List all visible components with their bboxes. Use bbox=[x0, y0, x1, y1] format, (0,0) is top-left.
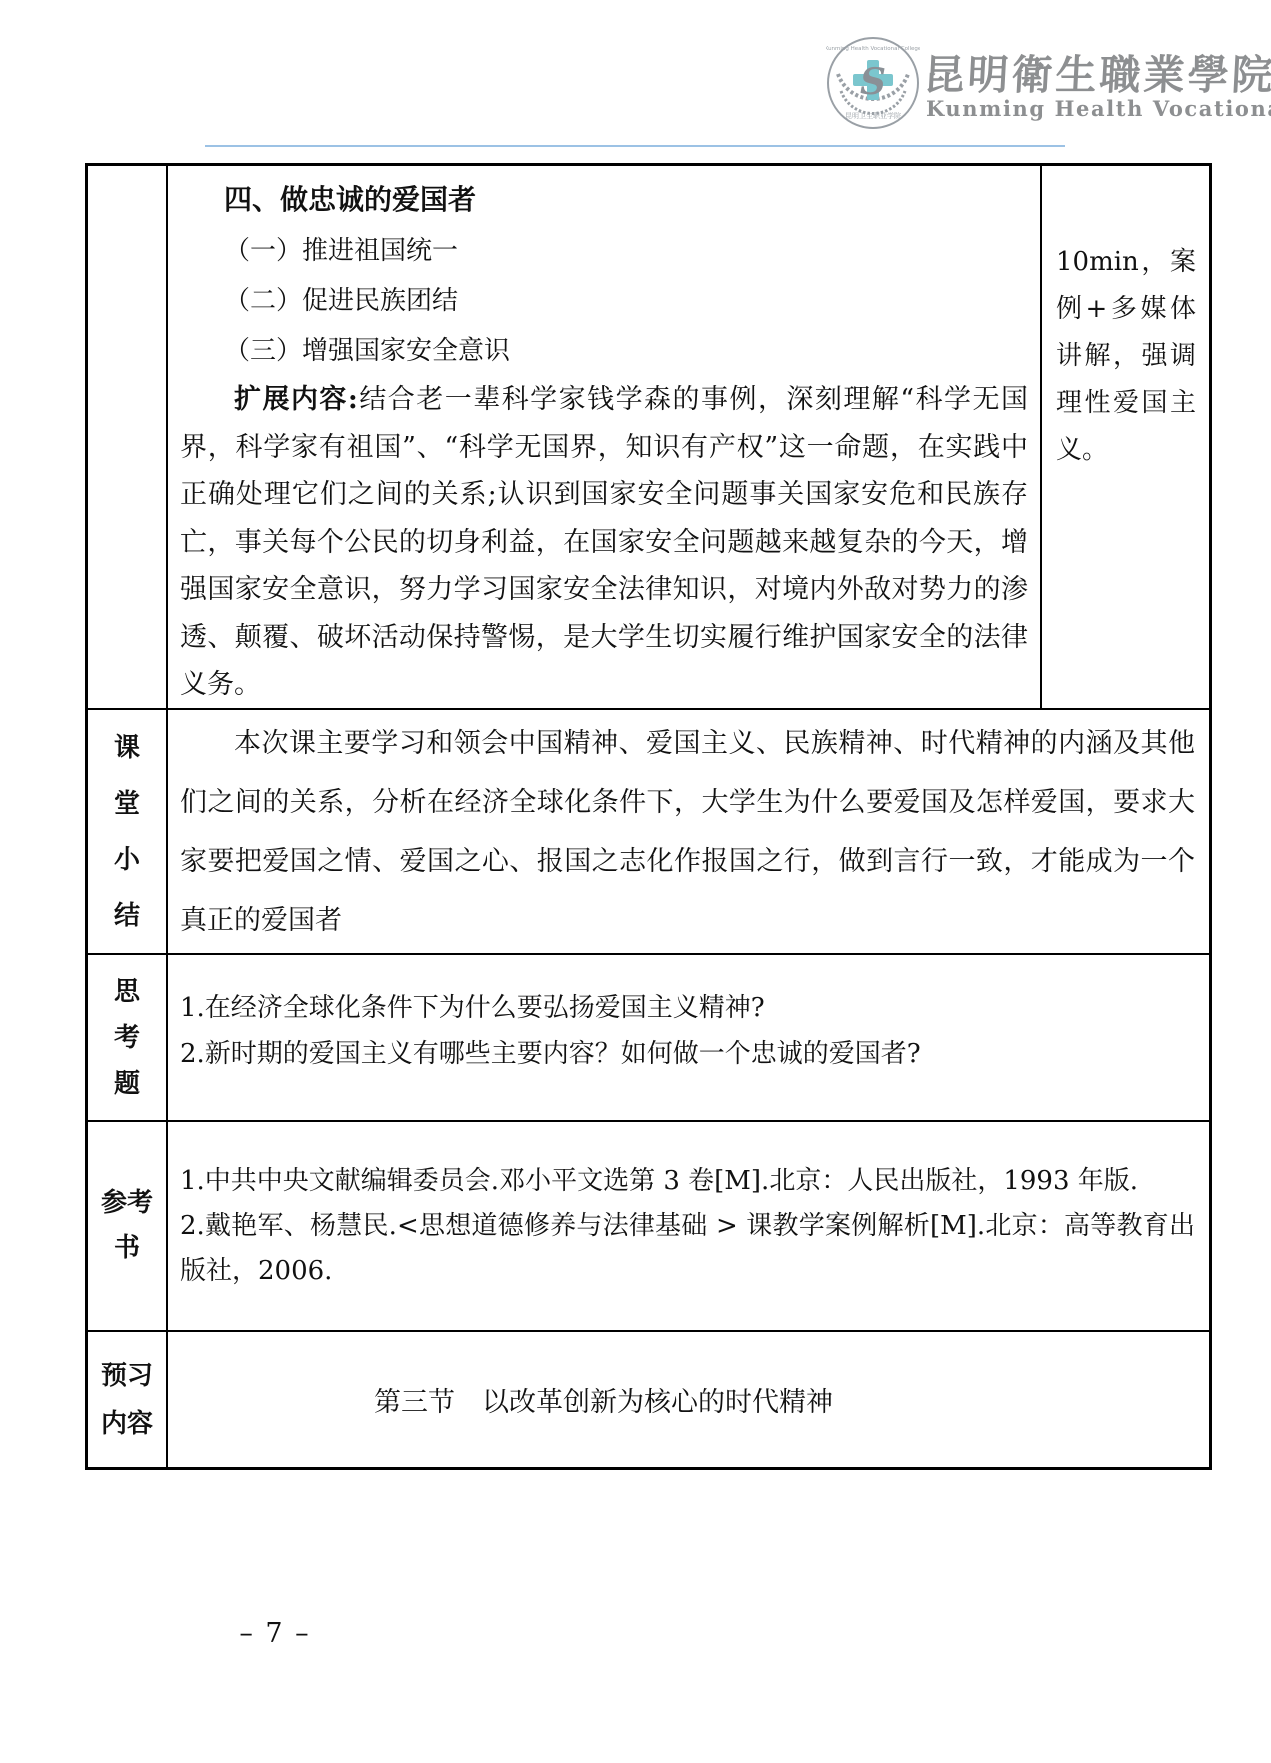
row-header-class-summary: 课堂小结 bbox=[88, 710, 168, 953]
references-cell: 1.中共中央文献编辑委员会.邓小平文选第 3 卷[M].北京：人民出版社，199… bbox=[168, 1122, 1209, 1330]
header-divider-line bbox=[205, 145, 1065, 147]
table-row-questions: 思考题 1.在经济全球化条件下为什么要弘扬爱国主义精神?2.新时期的爱国主义有哪… bbox=[88, 955, 1209, 1122]
text-line: 1.中共中央文献编辑委员会.邓小平文选第 3 卷[M].北京：人民出版社，199… bbox=[180, 1159, 1195, 1204]
preview-text: 第三节 以改革创新为核心的时代精神 bbox=[374, 1380, 833, 1419]
expanded-content-label: 扩展内容: bbox=[234, 384, 358, 415]
row-header-questions: 思考题 bbox=[88, 955, 168, 1120]
time-method-note-cell: 10min，案例+多媒体讲解，强调理性爱国主义。 bbox=[1042, 166, 1209, 708]
text-line: 预习 bbox=[101, 1352, 153, 1400]
document-page: S 昆明卫生职业学院 Kunming Health Vocational Col… bbox=[0, 0, 1271, 1763]
row-header-empty bbox=[88, 166, 168, 708]
text-line: 2.戴艳军、杨慧民.<思想道德修养与法律基础 > 课教学案例解析[M].北京：高… bbox=[180, 1204, 1195, 1294]
section-heading: 四、做忠诚的爱国者 bbox=[180, 174, 1028, 226]
text-line: 内容 bbox=[101, 1400, 153, 1448]
text-line: 考 bbox=[114, 1015, 140, 1061]
college-seal-icon: S 昆明卫生职业学院 Kunming Health Vocational Col… bbox=[826, 36, 920, 130]
text-line: 思 bbox=[114, 969, 140, 1015]
text-line: （二）促进民族团结 bbox=[180, 276, 1028, 326]
lesson-plan-table: 四、做忠诚的爱国者 （一）推进祖国统一（二）促进民族团结（三）增强国家安全意识 … bbox=[85, 163, 1212, 1470]
text-line: 参考 bbox=[101, 1181, 153, 1226]
text-line: 堂 bbox=[114, 776, 140, 832]
text-line: 书 bbox=[114, 1226, 140, 1271]
row-header-preview: 预习内容 bbox=[88, 1332, 168, 1467]
class-summary-cell: 本次课主要学习和领会中国精神、爱国主义、民族精神、时代精神的内涵及其他们之间的关… bbox=[168, 710, 1209, 953]
text-line: 结 bbox=[114, 888, 140, 944]
row-header-references: 参考书 bbox=[88, 1122, 168, 1330]
college-seal-logo: S 昆明卫生职业学院 Kunming Health Vocational Col… bbox=[826, 36, 920, 130]
svg-text:S: S bbox=[860, 61, 886, 103]
questions-cell: 1.在经济全球化条件下为什么要弘扬爱国主义精神?2.新时期的爱国主义有哪些主要内… bbox=[168, 955, 1209, 1120]
text-line: 1.在经济全球化条件下为什么要弘扬爱国主义精神? bbox=[180, 985, 1197, 1031]
text-line: （一）推进祖国统一 bbox=[180, 226, 1028, 276]
text-line: 小 bbox=[114, 832, 140, 888]
class-summary-text: 本次课主要学习和领会中国精神、爱国主义、民族精神、时代精神的内涵及其他们之间的关… bbox=[168, 714, 1209, 950]
svg-text:Kunming Health Vocational Coll: Kunming Health Vocational College bbox=[826, 46, 920, 52]
expanded-content-text: 结合老一辈科学家钱学森的事例，深刻理解“科学无国界，科学家有祖国”、“科学无国界… bbox=[180, 384, 1028, 700]
text-line: 课 bbox=[114, 720, 140, 776]
table-row-references: 参考书 1.中共中央文献编辑委员会.邓小平文选第 3 卷[M].北京：人民出版社… bbox=[88, 1122, 1209, 1332]
table-row-preview: 预习内容 第三节 以改革创新为核心的时代精神 bbox=[88, 1332, 1209, 1467]
expanded-content-paragraph: 扩展内容:结合老一辈科学家钱学森的事例，深刻理解“科学无国界，科学家有祖国”、“… bbox=[180, 376, 1028, 709]
college-name-zh: 昆明衛生職業學院 bbox=[923, 42, 1226, 94]
preview-cell: 第三节 以改革创新为核心的时代精神 bbox=[168, 1332, 1209, 1467]
table-row-class-summary: 课堂小结 本次课主要学习和领会中国精神、爱国主义、民族精神、时代精神的内涵及其他… bbox=[88, 710, 1209, 955]
svg-text:昆明卫生职业学院: 昆明卫生职业学院 bbox=[845, 111, 901, 120]
text-line: 题 bbox=[114, 1061, 140, 1107]
teaching-content-cell: 四、做忠诚的爱国者 （一）推进祖国统一（二）促进民族团结（三）增强国家安全意识 … bbox=[168, 166, 1042, 708]
page-number: – 7 – bbox=[215, 1618, 335, 1649]
college-name-en: Kunming Health Vocational College bbox=[926, 96, 1226, 121]
text-line: （三）增强国家安全意识 bbox=[180, 326, 1028, 376]
table-row-teaching-content: 四、做忠诚的爱国者 （一）推进祖国统一（二）促进民族团结（三）增强国家安全意识 … bbox=[88, 166, 1209, 710]
text-line: 2.新时期的爱国主义有哪些主要内容？如何做一个忠诚的爱国者? bbox=[180, 1031, 1197, 1077]
section-subitems: （一）推进祖国统一（二）促进民族团结（三）增强国家安全意识 bbox=[180, 226, 1028, 376]
